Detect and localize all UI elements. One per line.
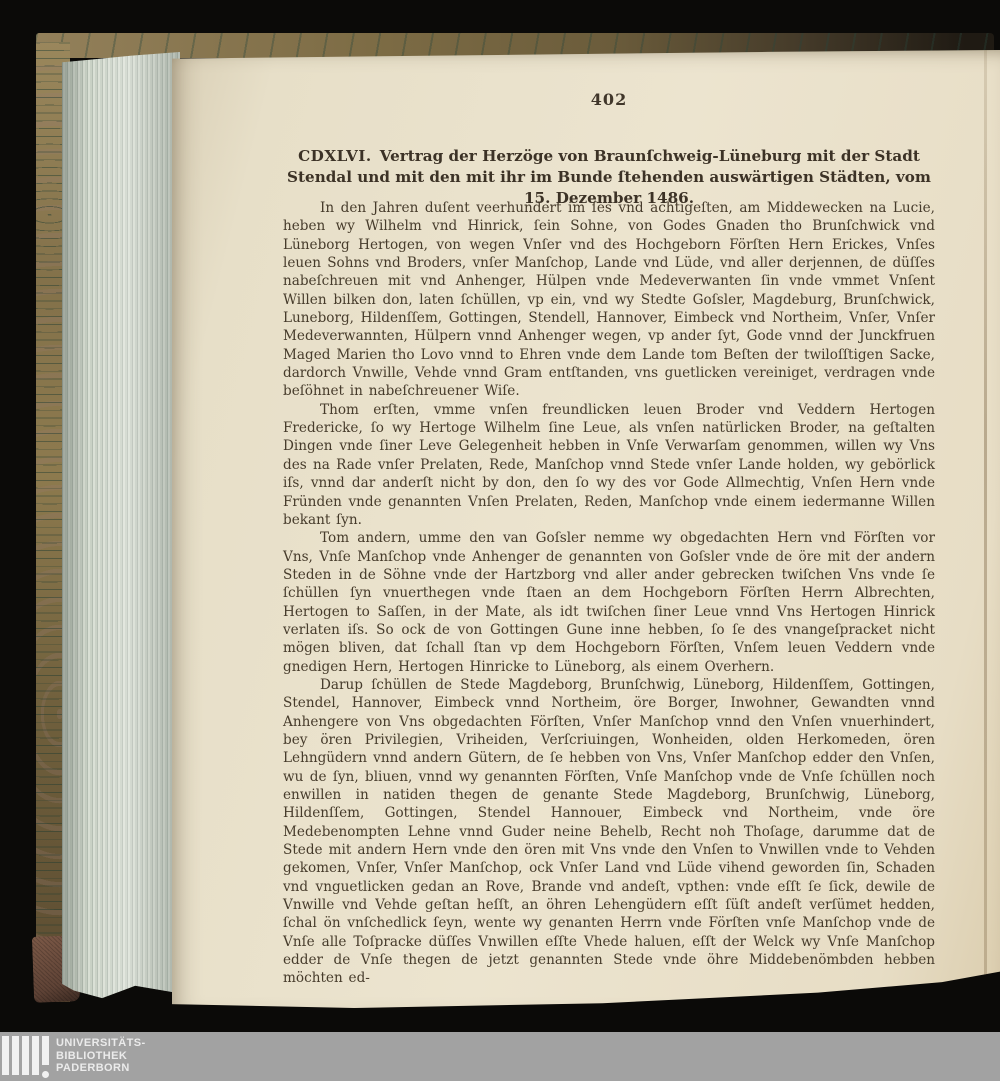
paragraph: Tom andern, umme den van Goſsler nemme w… [283, 529, 935, 676]
logo-bar [2, 1036, 9, 1075]
library-name: UNIVERSITÄTS- BIBLIOTHEK PADERBORN [56, 1037, 146, 1075]
heading-numeral: CDXLVI. [298, 147, 372, 165]
logo-bar [32, 1036, 39, 1075]
library-name-line: BIBLIOTHEK [56, 1050, 146, 1063]
page-edge-stack [62, 52, 180, 1000]
paragraph: Darup ſchüllen de Stede Magdeborg, Brunſ… [283, 676, 935, 988]
logo-exclamation-bar [42, 1036, 49, 1065]
library-name-line: PADERBORN [56, 1062, 146, 1075]
book-page: 402 CDXLVI.Vertrag der Herzöge von Braun… [172, 50, 1000, 1008]
body-text: In den Jahren duſent veerhundert im ſes … [283, 199, 935, 988]
library-name-line: UNIVERSITÄTS- [56, 1037, 146, 1050]
logo-bar [12, 1036, 19, 1075]
heading-title: Vertrag der Herzöge von Braunſchweig-Lün… [287, 147, 931, 207]
paragraph: Thom erſten, vmme vnſen freundlicken leu… [283, 401, 935, 529]
page-number: 402 [283, 90, 935, 109]
logo-bar [22, 1036, 29, 1075]
logo-exclamation-dot [42, 1071, 49, 1078]
library-watermark-bar: UNIVERSITÄTS- BIBLIOTHEK PADERBORN [0, 1032, 1000, 1081]
page-gutter-shadow [984, 50, 987, 1008]
scanned-book-page: 402 CDXLVI.Vertrag der Herzöge von Braun… [0, 0, 1000, 1081]
paragraph: In den Jahren duſent veerhundert im ſes … [283, 199, 935, 401]
ub-paderborn-logo-icon [2, 1036, 52, 1080]
